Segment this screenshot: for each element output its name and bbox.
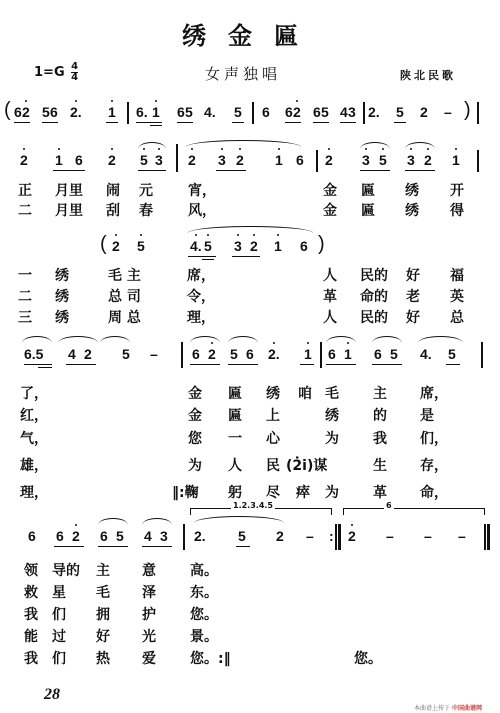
lyric-row-4: 二 绣 总 司 令， 革 命的 老 英 xyxy=(0,286,500,304)
lyric-row-7: 红， 金 匾 上 绣 的 是 xyxy=(0,405,500,423)
lyric-row-12: 救 星 毛 泽 东。 xyxy=(0,582,500,600)
score-line-1: ( 62 56 2. 1 6.1 65 4. 5 6 62 65 43 2. 5… xyxy=(0,104,500,126)
lyric-row-10: 理， ‖:鞠 躬 尽 瘁 为 革 命， xyxy=(0,482,500,500)
performance-type: 女声独唱 xyxy=(205,63,281,84)
lyric-row-9: 雄， 为 人 民 (2̇i̇)谋 生 存， xyxy=(0,455,500,473)
page-number: 28 xyxy=(44,686,60,704)
lyric-row-6: 了， 金 匾 绣 咱 毛 主 席， xyxy=(0,383,500,401)
time-bottom: 4 xyxy=(71,73,78,83)
lyric-row-3: 一 绣 毛 主 席， 人 民的 好 福 xyxy=(0,265,500,283)
key-signature: 1=G 4 4 xyxy=(34,62,78,83)
barline xyxy=(127,102,129,124)
lyric-row-8: 气， 您 一 心 为 我 们， xyxy=(0,428,500,446)
score-line-5: 6 62 65 43 2. 5 2 – : 2 – – – xyxy=(0,528,500,550)
lyric-row-13: 我 们 拥 护 您。 xyxy=(0,604,500,622)
lyric-row-15: 我 们 热 爱 您。:‖ 您。 xyxy=(0,648,500,666)
lyric-row-1: 正 月里 闹 元 宵， 金 匾 绣 开 xyxy=(0,180,500,198)
score-line-3-interlude: ( 2 5 4.5 32 1 6 ) xyxy=(0,238,500,260)
song-source: 陕北民歌 xyxy=(400,67,456,83)
volta-second-ending: 6 xyxy=(343,508,485,515)
score-line-4: 6.5 42 5 – 62 56 2. 1 61 65 4. 5 xyxy=(0,346,500,368)
final-lyric: 您。 xyxy=(354,648,382,668)
volta-first-ending: 1.2.3.4.5 xyxy=(190,508,332,515)
lyric-row-2: 二 月里 刮 春 风， 金 匾 绣 得 xyxy=(0,200,500,218)
lyric-row-14: 能 过 好 光 景。 xyxy=(0,626,500,644)
lyric-row-11: 领 导的 主 意 高。 xyxy=(0,560,500,578)
watermark-text: 本曲谱上传于 xyxy=(414,705,450,712)
watermark: 本曲谱上传于 中国曲谱网 xyxy=(414,703,482,712)
open-paren: ( xyxy=(4,99,11,122)
song-title: 绣金匾 xyxy=(182,16,320,51)
time-signature: 4 4 xyxy=(71,62,78,83)
score-line-2: 2 16 2 53 2 32 16 2 35 32 1 xyxy=(0,152,500,174)
lyric-row-5: 三 绣 周 总 理， 人 民的 好 总 xyxy=(0,307,500,325)
watermark-site-link[interactable]: 中国曲谱网 xyxy=(452,705,482,712)
key-label: 1=G xyxy=(34,65,65,80)
